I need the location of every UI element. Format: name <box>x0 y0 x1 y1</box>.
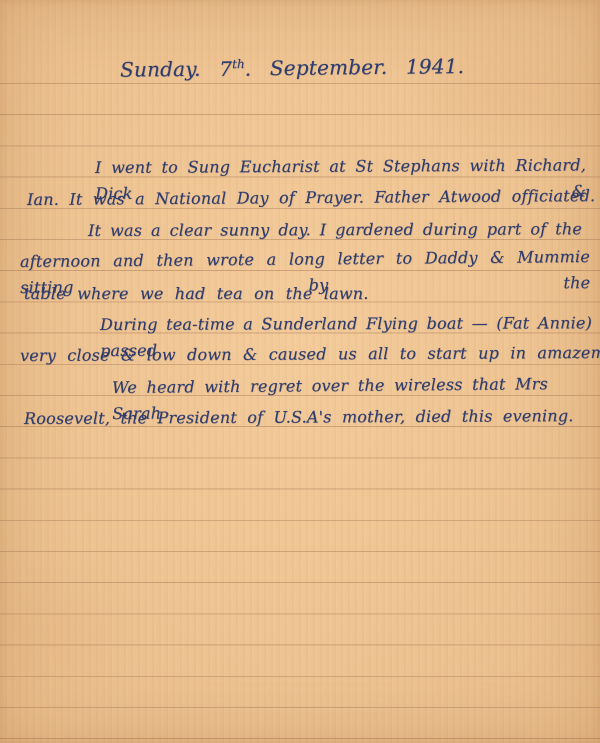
date-line: Sunday. 7th. September. 1941. <box>120 48 464 78</box>
handwriting-line: We heard with regret over the wireless t… <box>112 371 548 401</box>
handwriting-line: table where we had tea on the lawn. <box>24 281 369 307</box>
handwriting-line: It was a clear sunny day. I gardened dur… <box>88 216 582 244</box>
date-year: . 1941. <box>381 54 465 79</box>
handwriting-line: I went to Sung Eucharist at St Stephans … <box>95 152 586 181</box>
date-weekday: Sunday. <box>120 57 201 82</box>
date-separator: . <box>245 56 252 80</box>
handwriting-line: During tea-time a Sunderland Flying boat… <box>100 310 592 338</box>
diary-page: Sunday. 7th. September. 1941. I went to … <box>0 0 600 743</box>
date-month: September <box>270 55 381 80</box>
handwriting-line: very close & low down & caused us all to… <box>20 340 600 369</box>
date-ordinal-superscript: th <box>232 57 245 71</box>
handwriting-line: Ian. It was a National Day of Prayer. Fa… <box>27 183 595 213</box>
date-day: 7th. <box>219 56 251 80</box>
handwriting-line: Roosevelt, the President of U.S.A's moth… <box>24 403 574 432</box>
handwriting-line: afternoon and then wrote a long letter t… <box>20 244 590 275</box>
